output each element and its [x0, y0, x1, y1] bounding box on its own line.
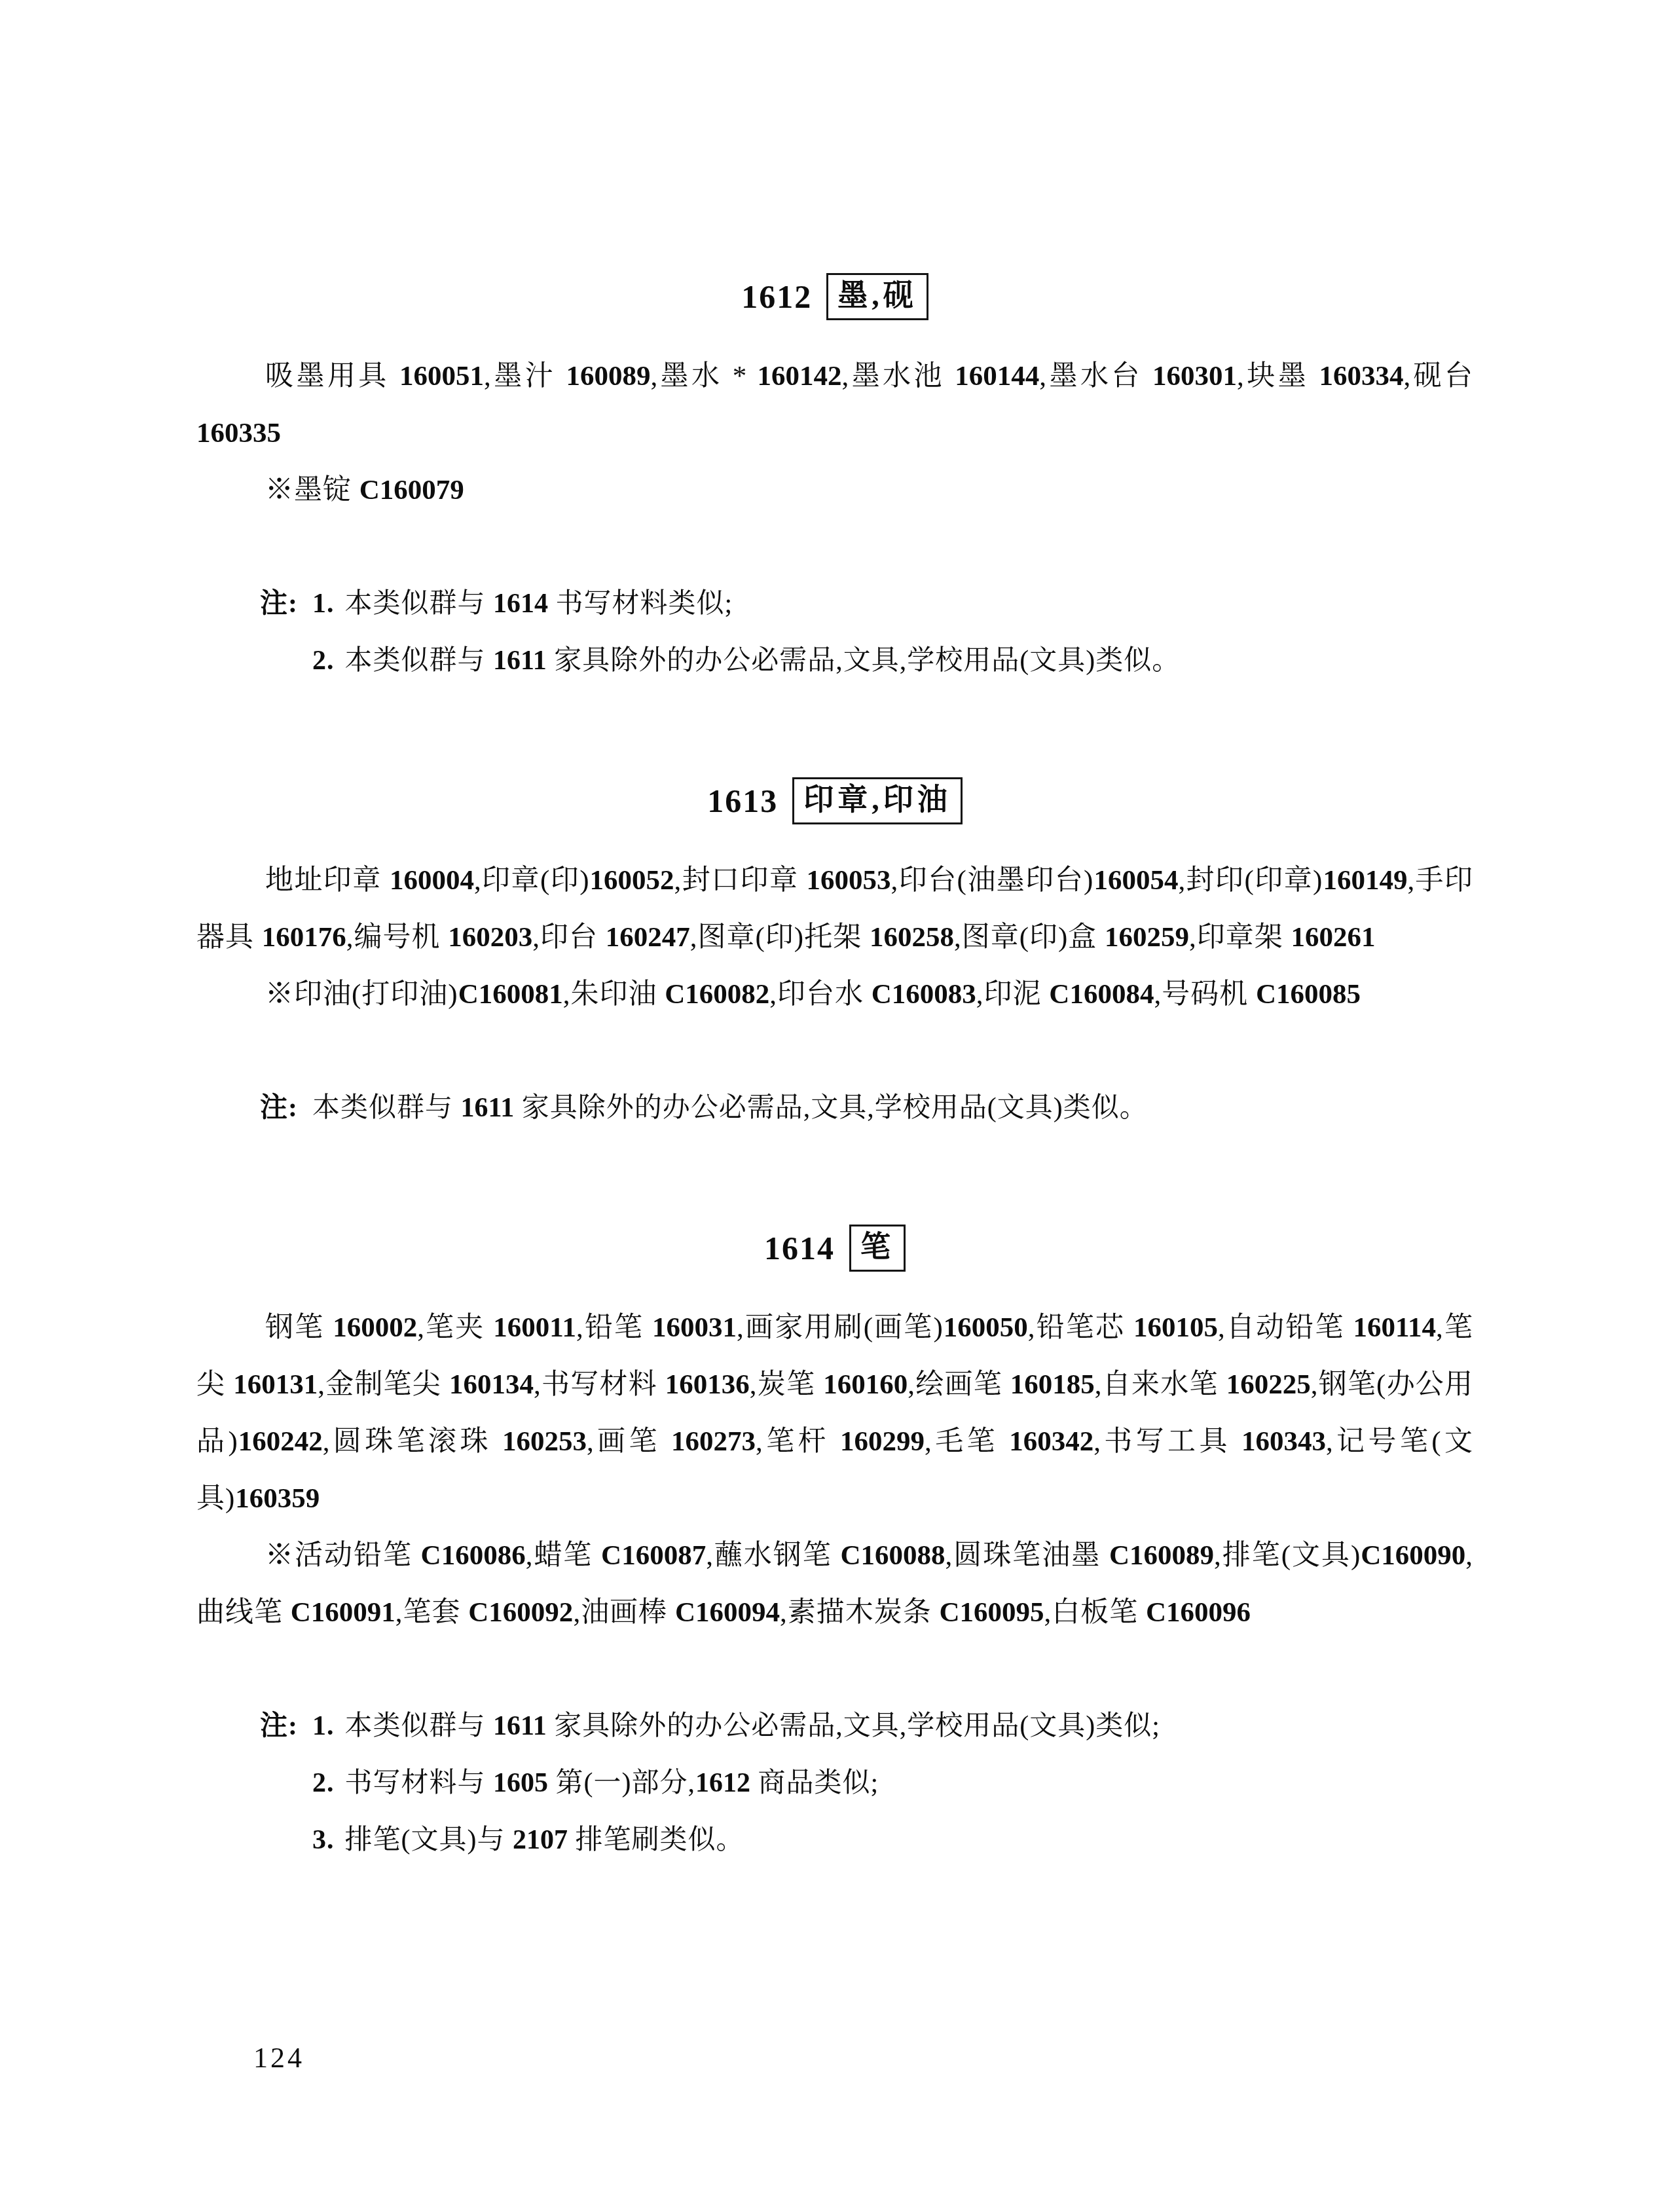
- code-number: 160334: [1319, 361, 1403, 392]
- code-number: 160002: [333, 1312, 417, 1343]
- section-heading: 1612 墨,砚: [196, 270, 1473, 323]
- note-text: 本类似群与 1611 家具除外的办公必需品,文具,学校用品(文具)类似;: [345, 1711, 1160, 1741]
- code-number: 160142: [757, 361, 841, 392]
- code-number: 160273: [671, 1426, 756, 1457]
- code-number: C160083: [872, 979, 976, 1010]
- note-number: 2.: [312, 646, 335, 676]
- code-number: 160203: [448, 922, 532, 953]
- code-number: C160090: [1361, 1540, 1465, 1571]
- code-number: 1614: [493, 589, 548, 619]
- code-number: C160087: [601, 1540, 706, 1571]
- note-prefix: 注:: [260, 576, 312, 633]
- code-number: C160089: [1109, 1540, 1214, 1571]
- section-code: 1614: [764, 1229, 835, 1267]
- code-number: C160079: [359, 475, 464, 506]
- goods-paragraph: ※印油(打印油)C160081,朱印油 C160082,印台水 C160083,…: [196, 966, 1473, 1023]
- code-number: 160134: [449, 1369, 534, 1400]
- code-number: 160011: [493, 1312, 576, 1343]
- note-prefix: 注:: [260, 1080, 312, 1137]
- code-number: C160091: [291, 1597, 395, 1628]
- note-item: 注:1.本类似群与 1614 书写材料类似;: [260, 576, 1473, 633]
- code-number: 160031: [652, 1312, 737, 1343]
- code-number: C160081: [458, 979, 563, 1010]
- code-number: 160089: [566, 361, 650, 392]
- note-number: 1.: [312, 1711, 335, 1741]
- code-number: 1611: [493, 1711, 547, 1741]
- code-number: 1611: [461, 1093, 515, 1123]
- note-text: 本类似群与 1614 书写材料类似;: [345, 589, 733, 619]
- section-title-box: 印章,印油: [792, 777, 963, 825]
- code-number: 160144: [955, 361, 1039, 392]
- code-number: 160299: [840, 1426, 925, 1457]
- goods-paragraphs: 钢笔 160002,笔夹 160011,铅笔 160031,画家用刷(画笔)16…: [196, 1299, 1473, 1641]
- goods-paragraph: 钢笔 160002,笔夹 160011,铅笔 160031,画家用刷(画笔)16…: [196, 1299, 1473, 1527]
- code-number: 160051: [399, 361, 484, 392]
- goods-paragraph: 吸墨用具 160051,墨汁 160089,墨水 * 160142,墨水池 16…: [196, 348, 1473, 462]
- notes-block: 注:本类似群与 1611 家具除外的办公必需品,文具,学校用品(文具)类似。: [196, 1080, 1473, 1137]
- code-number: 160185: [1010, 1369, 1095, 1400]
- code-number: 1612: [695, 1768, 750, 1798]
- code-number: 160052: [589, 865, 674, 896]
- code-number: 160343: [1241, 1426, 1326, 1457]
- goods-paragraph: ※墨锭 C160079: [196, 462, 1473, 519]
- code-number: 160053: [807, 865, 891, 896]
- code-number: 160261: [1291, 922, 1376, 953]
- classification-section: 1613 印章,印油 地址印章 160004,印章(印)160052,封口印章 …: [196, 775, 1473, 1137]
- document-page: { "page_number": "124", "sections": [ { …: [0, 0, 1671, 2212]
- code-number: 160131: [233, 1369, 318, 1400]
- code-number: 160335: [196, 418, 281, 449]
- note-text: 本类似群与 1611 家具除外的办公必需品,文具,学校用品(文具)类似。: [345, 646, 1181, 676]
- code-number: 160242: [238, 1426, 323, 1457]
- note-text: 排笔(文具)与 2107 排笔刷类似。: [345, 1825, 744, 1855]
- code-number: C160096: [1146, 1597, 1251, 1628]
- note-item: 2.书写材料与 1605 第(一)部分,1612 商品类似;: [260, 1755, 1473, 1812]
- code-number: 160258: [870, 922, 954, 953]
- code-number: 160176: [262, 922, 346, 953]
- code-number: C160092: [468, 1597, 573, 1628]
- code-number: C160082: [665, 979, 769, 1010]
- code-number: 160342: [1009, 1426, 1093, 1457]
- page-number: 124: [253, 2041, 304, 2074]
- code-number: 160259: [1105, 922, 1189, 953]
- note-item: 3.排笔(文具)与 2107 排笔刷类似。: [260, 1812, 1473, 1869]
- goods-paragraph: 地址印章 160004,印章(印)160052,封口印章 160053,印台(油…: [196, 852, 1473, 966]
- code-number: 1605: [493, 1768, 548, 1798]
- section-heading: 1613 印章,印油: [196, 775, 1473, 827]
- note-number: 2.: [312, 1768, 335, 1798]
- code-number: 160004: [390, 865, 474, 896]
- goods-paragraphs: 吸墨用具 160051,墨汁 160089,墨水 * 160142,墨水池 16…: [196, 348, 1473, 519]
- code-number: 160105: [1133, 1312, 1218, 1343]
- code-number: 160054: [1093, 865, 1178, 896]
- note-item: 2.本类似群与 1611 家具除外的办公必需品,文具,学校用品(文具)类似。: [260, 633, 1473, 690]
- notes-block: 注:1.本类似群与 1611 家具除外的办公必需品,文具,学校用品(文具)类似;…: [196, 1698, 1473, 1869]
- note-text: 书写材料与 1605 第(一)部分,1612 商品类似;: [345, 1768, 879, 1798]
- code-number: 160253: [502, 1426, 587, 1457]
- section-code: 1613: [707, 782, 778, 820]
- code-number: 160247: [606, 922, 690, 953]
- notes-block: 注:1.本类似群与 1614 书写材料类似;2.本类似群与 1611 家具除外的…: [196, 576, 1473, 690]
- code-number: 2107: [513, 1825, 568, 1855]
- classification-section: 1612 墨,砚 吸墨用具 160051,墨汁 160089,墨水 * 1601…: [196, 270, 1473, 690]
- code-number: 160225: [1226, 1369, 1311, 1400]
- code-number: C160084: [1049, 979, 1154, 1010]
- note-number: 1.: [312, 589, 335, 619]
- code-number: C160086: [421, 1540, 526, 1571]
- section-code: 1612: [741, 278, 812, 316]
- note-number: 3.: [312, 1825, 335, 1855]
- note-item: 注:1.本类似群与 1611 家具除外的办公必需品,文具,学校用品(文具)类似;: [260, 1698, 1473, 1755]
- section-title-box: 墨,砚: [826, 273, 928, 321]
- note-item: 注:本类似群与 1611 家具除外的办公必需品,文具,学校用品(文具)类似。: [260, 1080, 1473, 1137]
- goods-paragraph: ※活动铅笔 C160086,蜡笔 C160087,蘸水钢笔 C160088,圆珠…: [196, 1527, 1473, 1641]
- code-number: C160095: [939, 1597, 1044, 1628]
- goods-paragraphs: 地址印章 160004,印章(印)160052,封口印章 160053,印台(油…: [196, 852, 1473, 1023]
- code-number: 160136: [665, 1369, 750, 1400]
- code-number: C160085: [1256, 979, 1361, 1010]
- sections-container: 1612 墨,砚 吸墨用具 160051,墨汁 160089,墨水 * 1601…: [196, 0, 1473, 1869]
- section-heading: 1614 笔: [196, 1222, 1473, 1274]
- code-number: 160050: [944, 1312, 1028, 1343]
- code-number: 160301: [1152, 361, 1237, 392]
- code-number: 1611: [493, 646, 547, 676]
- code-number: C160088: [841, 1540, 946, 1571]
- code-number: 160359: [235, 1483, 320, 1514]
- code-number: C160094: [675, 1597, 780, 1628]
- note-text: 本类似群与 1611 家具除外的办公必需品,文具,学校用品(文具)类似。: [312, 1093, 1148, 1123]
- classification-section: 1614 笔 钢笔 160002,笔夹 160011,铅笔 160031,画家用…: [196, 1222, 1473, 1869]
- code-number: 160160: [823, 1369, 908, 1400]
- code-number: 160114: [1353, 1312, 1436, 1343]
- section-title-box: 笔: [849, 1225, 906, 1272]
- note-prefix: 注:: [260, 1698, 312, 1755]
- code-number: 160149: [1323, 865, 1407, 896]
